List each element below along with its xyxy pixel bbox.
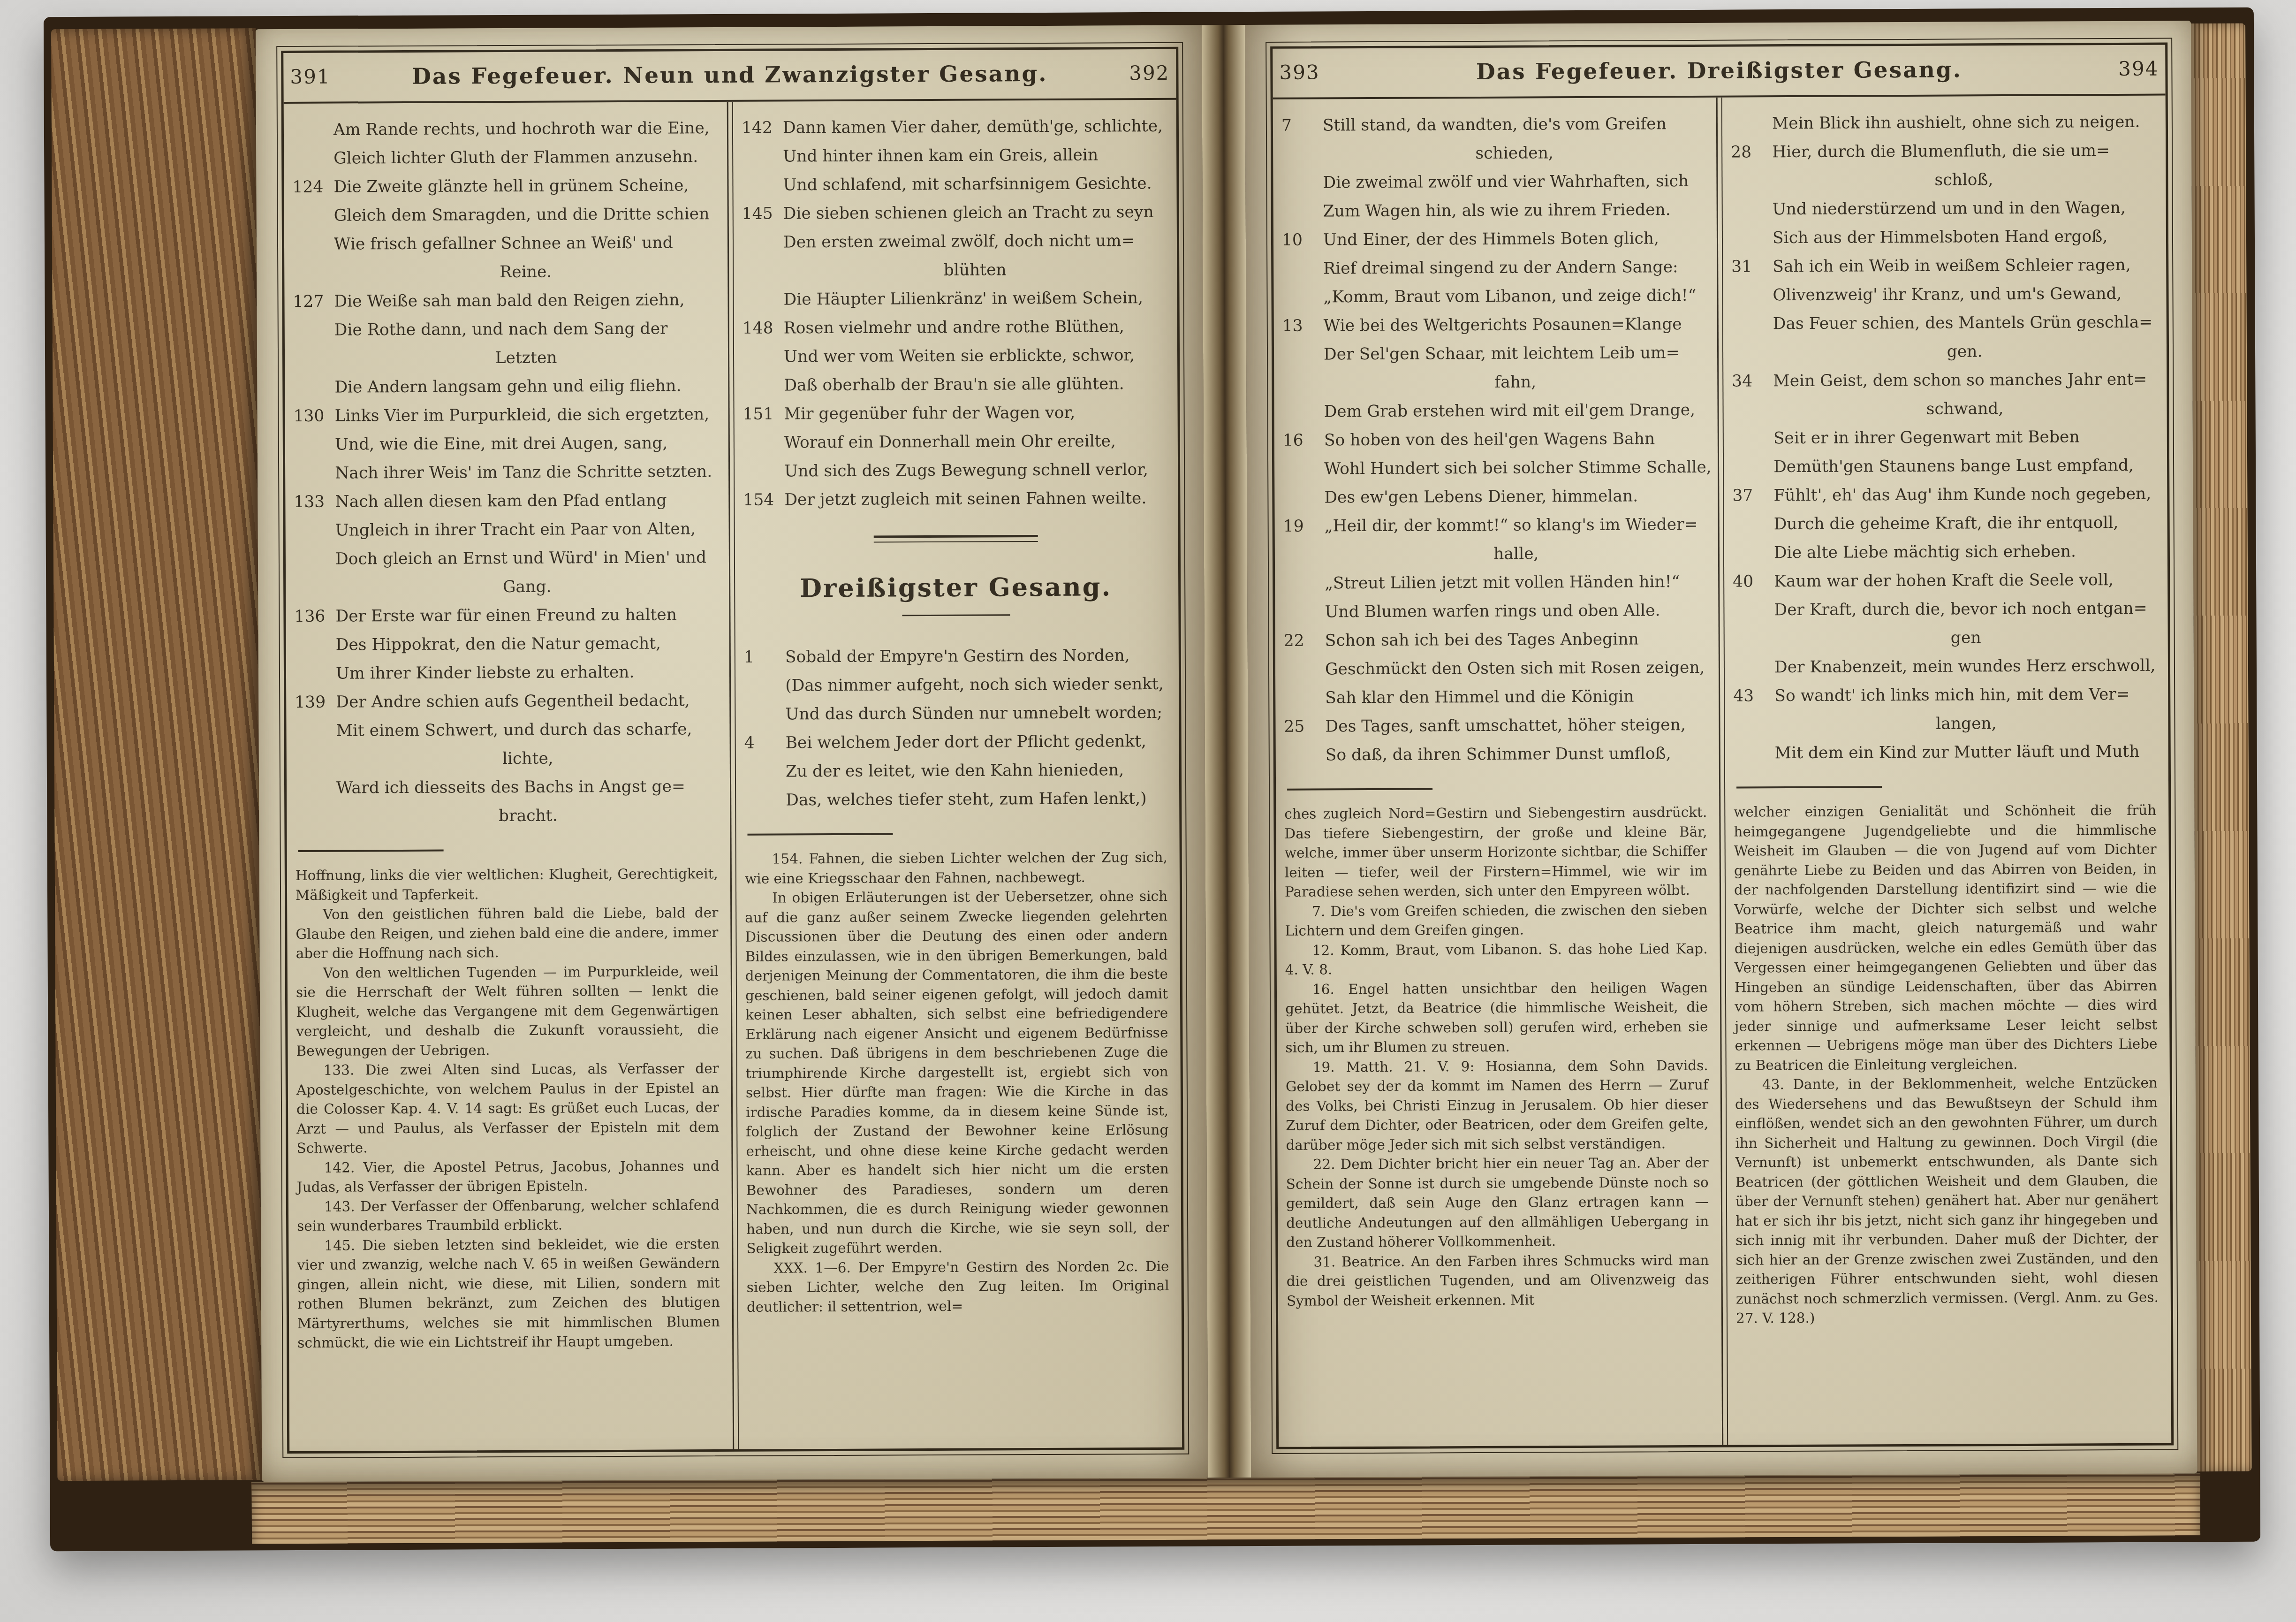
footnote-paragraph: ches zugleich Nord=Gestirn und Siebenges… — [1284, 803, 1707, 902]
book: 391 Das Fegefeuer. Neun und Zwanzigster … — [44, 8, 2260, 1552]
verse-text: Worauf ein Donnerhall mein Ohr ereilte, — [784, 427, 1167, 457]
verse-text: Mir gegenüber fuhr der Wagen vor, — [784, 398, 1167, 429]
footnote-paragraph: Von den weltlichen Tugenden — im Purpurk… — [296, 962, 719, 1061]
verse-text: halle, — [1325, 539, 1708, 570]
verse-text: Sah klar den Himmel und die Königin — [1325, 682, 1708, 713]
verse-number: 124 — [292, 173, 333, 202]
footnote-paragraph: 145. Die sieben letzten sind bekleidet, … — [297, 1234, 720, 1353]
verse-number — [293, 345, 334, 373]
verse-line: 43So wandt' ich links mich hin, mit dem … — [1733, 680, 2158, 711]
verse-number: 22 — [1284, 626, 1325, 655]
verse-text: Geschmückt den Osten sich mit Rosen zeig… — [1325, 654, 1708, 684]
verse-text: Wie frisch gefallner Schnee an Weiß' und — [334, 228, 717, 259]
verse-line: Ward ich diesseits des Bachs in Angst ge… — [295, 772, 720, 803]
verse-text: gen. — [1773, 337, 2156, 367]
verse-text: (Das nimmer aufgeht, noch sich wieder se… — [785, 670, 1168, 701]
verse-line: Des ew'gen Lebens Diener, himmelan. — [1283, 482, 1707, 512]
verse-number: 148 — [743, 314, 784, 343]
verse-text: Ungleich in ihrer Tracht ein Paar von Al… — [335, 515, 719, 545]
verse-text: Mit dem ein Kind zur Mutter läuft und Mu… — [1775, 738, 2158, 768]
verse-text: Daß oberhalb der Brau'n sie alle glühten… — [784, 370, 1167, 400]
verse-line: Sich aus der Himmelsboten Hand ergoß, — [1731, 222, 2156, 253]
verse-number — [1282, 340, 1324, 369]
verse-number: 133 — [294, 488, 335, 517]
verse-text: Demüth'gen Staunens bange Lust empfand, — [1773, 451, 2157, 482]
verse-number — [742, 142, 783, 171]
page-left-columns: Am Rande rechts, und hochroth war die Ei… — [284, 100, 1182, 1451]
verse-line: 1Sobald der Empyre'n Gestirn des Norden, — [744, 641, 1168, 672]
verse-number: 142 — [742, 114, 783, 142]
verse-number — [1282, 369, 1324, 397]
verse-text: Und schlafend, mit scharfsinnigem Gesich… — [783, 169, 1166, 200]
verse-number — [744, 786, 786, 815]
verse-number — [295, 803, 336, 831]
verse-line: Sah klar den Himmel und die Königin — [1284, 682, 1708, 713]
footnote-paragraph: 19. Matth. 21. V. 9: Hosianna, dem Sohn … — [1286, 1056, 1709, 1155]
verse-number — [295, 746, 336, 774]
verse-number: 130 — [293, 402, 334, 431]
page-right: 393 Das Fegefeuer. Dreißigster Gesang. 3… — [1245, 21, 2197, 1477]
verse-line: 4Bei welchem Jeder dort der Pflicht gede… — [744, 727, 1169, 758]
page-left-header: 391 Das Fegefeuer. Neun und Zwanzigster … — [283, 49, 1176, 102]
verse-number — [744, 700, 785, 729]
footnotes: ches zugleich Nord=Gestirn und Siebenges… — [1284, 803, 1711, 1311]
verse-text: Der jetzt zugleich mit seinen Fahnen wei… — [784, 484, 1167, 515]
verse-text: Des ew'gen Lebens Diener, himmelan. — [1324, 482, 1707, 512]
verse-line: 145Die sieben schienen gleich an Tracht … — [742, 198, 1167, 228]
verse-number — [1281, 168, 1323, 197]
verse-text: Ward ich diesseits des Bachs in Angst ge… — [336, 772, 720, 803]
verse-continuation-line: halle, — [1283, 539, 1708, 570]
verse-number — [1733, 624, 1774, 653]
verse-line: Olivenzweig' ihr Kranz, und um's Gewand, — [1731, 280, 2156, 310]
book-page-edges-right — [2191, 23, 2251, 1471]
verse-line: 148Rosen vielmehr und andre rothe Blüthe… — [743, 312, 1167, 343]
verse-line: Um ihrer Kinder liebste zu erhalten. — [295, 658, 719, 688]
verse-number: 145 — [742, 199, 783, 228]
verse-number — [1732, 396, 1773, 424]
verse-text: Das, welches tiefer steht, zum Hafen len… — [786, 784, 1169, 815]
verse-continuation-line: Reine. — [293, 257, 717, 288]
verse-text: Der Erste war für einen Freund zu halten — [335, 601, 719, 631]
verse-text: Gang. — [335, 572, 719, 602]
verse-line: Gleich dem Smaragden, und die Dritte sch… — [293, 200, 717, 230]
verse-number: 139 — [295, 688, 336, 717]
verse-number — [1731, 167, 1772, 195]
verse-text: gen — [1774, 623, 2158, 654]
verse-text: Hier, durch die Blumenfluth, die sie um= — [1772, 137, 2155, 167]
verse-line: „Streut Lilien jetzt mit vollen Händen h… — [1283, 568, 1708, 598]
verse-group: Am Rande rechts, und hochroth war die Ei… — [292, 114, 720, 831]
footnote-paragraph: 142. Vier, die Apostel Petrus, Jacobus, … — [297, 1157, 720, 1197]
verse-line: 124Die Zweite glänzte hell in grünem Sch… — [292, 171, 717, 202]
verse-line: Der Sel'gen Schaar, mit leichtem Leib um… — [1282, 339, 1707, 369]
verse-line: „Komm, Braut vom Libanon, und zeige dich… — [1282, 282, 1706, 312]
page-number-391: 391 — [290, 65, 330, 88]
page-number-393: 393 — [1279, 61, 1319, 84]
verse-line: Dem Grab erstehen wird mit eil'gem Drang… — [1282, 396, 1707, 426]
verse-number — [293, 230, 334, 259]
verse-text: Die Häupter Lilienkränz' in weißem Schei… — [783, 284, 1167, 314]
verse-number — [1282, 397, 1324, 426]
verse-line: Wie frisch gefallner Schnee an Weiß' und — [293, 228, 717, 259]
verse-text: Doch gleich an Ernst und Würd' in Mien' … — [335, 543, 719, 574]
verse-line: Gleich lichter Gluth der Flammen anzuseh… — [292, 143, 717, 173]
verse-number — [742, 228, 783, 257]
verse-number: 34 — [1732, 367, 1773, 396]
verse-number — [742, 285, 783, 314]
verse-number — [1283, 569, 1325, 598]
verse-text: Dann kamen Vier daher, demüth'ge, schlic… — [783, 112, 1166, 143]
column: Mein Blick ihn aushielt, ohne sich zu ne… — [1722, 96, 2172, 1445]
verse-text: Kaum war der hohen Kraft die Seele voll, — [1774, 566, 2157, 596]
verse-line: 31Sah ich ein Weib in weißem Schleier ra… — [1731, 251, 2156, 282]
verse-continuation-line: langen, — [1733, 709, 2158, 739]
verse-text: Sich aus der Himmelsboten Hand ergoß, — [1773, 222, 2156, 253]
verse-number — [742, 257, 783, 285]
footnote-paragraph: 133. Die zwei Alten sind Lucas, als Verf… — [296, 1059, 720, 1158]
verse-number — [1284, 684, 1325, 712]
verse-number — [1732, 453, 1773, 481]
verse-number — [1284, 655, 1325, 684]
verse-continuation-line: schieden, — [1281, 138, 1706, 169]
footnotes: Hoffnung, links die vier weltlichen: Klu… — [296, 864, 722, 1353]
verse-line: Und das durch Sünden nur umnebelt worden… — [744, 699, 1168, 729]
verse-continuation-line: lichte, — [295, 744, 720, 774]
verse-number: 43 — [1733, 682, 1774, 710]
verse-number — [294, 431, 335, 459]
verse-text: Des Tages, sanft umschattet, höher steig… — [1325, 711, 1708, 741]
verse-text: Der Andre schien aufs Gegentheil bedacht… — [336, 686, 719, 717]
verse-number: 10 — [1282, 226, 1323, 254]
verse-text: Das Feuer schien, des Mantels Grün gesch… — [1773, 308, 2156, 339]
page-right-frame: 393 Das Fegefeuer. Dreißigster Gesang. 3… — [1270, 43, 2174, 1449]
verse-continuation-line: schloß, — [1731, 165, 2155, 196]
verse-line: Daß oberhalb der Brau'n sie alle glühten… — [743, 370, 1167, 400]
verse-line: Wohl Hundert sich bei solcher Stimme Sch… — [1283, 453, 1707, 484]
verse-line: Worauf ein Donnerhall mein Ohr ereilte, — [743, 427, 1167, 457]
footnote-paragraph: Hoffnung, links die vier weltlichen: Klu… — [296, 864, 718, 905]
verse-text: Der Sel'gen Schaar, mit leichtem Leib um… — [1324, 339, 1707, 369]
verse-continuation-line: blühten — [742, 255, 1167, 286]
verse-number — [1731, 195, 1773, 224]
footnote-paragraph: 12. Komm, Braut, vom Libanon. S. das hoh… — [1285, 939, 1708, 980]
verse-number — [293, 202, 334, 230]
verse-text: Und niederstürzend um und in den Wagen, — [1773, 194, 2156, 224]
verse-line: 133Nach allen diesen kam den Pfad entlan… — [294, 486, 718, 517]
verse-line: (Das nimmer aufgeht, noch sich wieder se… — [744, 670, 1168, 701]
page-number-392: 392 — [1129, 61, 1169, 84]
footnote-paragraph: 43. Dante, in der Beklommenheit, welche … — [1735, 1074, 2159, 1328]
verse-text: Die Rothe dann, und nach dem Sang der — [334, 314, 718, 345]
verse-line: Seit er in ihrer Gegenwart mit Beben — [1732, 423, 2157, 453]
verse-text: schloß, — [1772, 165, 2155, 196]
verse-number — [1733, 596, 1774, 624]
page-left: 391 Das Fegefeuer. Neun und Zwanzigster … — [256, 25, 1208, 1482]
verse-number — [1731, 109, 1772, 138]
verse-text: schwand, — [1773, 394, 2156, 425]
verse-line: 34Mein Geist, dem schon so manches Jahr … — [1732, 366, 2156, 396]
verse-number: 31 — [1731, 252, 1773, 281]
verse-number — [1282, 197, 1323, 226]
verse-number — [294, 517, 335, 545]
verse-line: Mein Blick ihn aushielt, ohne sich zu ne… — [1731, 108, 2155, 138]
verse-text: Schon sah ich bei des Tages Anbeginn — [1325, 625, 1708, 655]
verse-line: Mit einem Schwert, und durch das scharfe… — [295, 715, 719, 746]
verse-number: 1 — [744, 643, 785, 671]
verse-number — [295, 717, 336, 746]
page-right-columns: 7Still stand, da wandten, die's vom Grei… — [1273, 96, 2172, 1447]
footnote-paragraph: 31. Beatrice. An den Farben ihres Schmuc… — [1286, 1250, 1709, 1310]
verse-text: Die Andern langsam gehn und eilig fliehn… — [334, 372, 718, 402]
footnote-paragraph: 22. Dem Dichter bricht hier ein neuer Ta… — [1286, 1153, 1709, 1252]
verse-number — [1733, 653, 1774, 682]
verse-line: Nach ihrer Weis' im Tanz die Schritte se… — [294, 457, 718, 488]
verse-text: Und das durch Sünden nur umnebelt worden… — [785, 699, 1168, 729]
verse-text: Und Blumen warfen rings und oben Alle. — [1325, 596, 1708, 627]
photo-backdrop: 391 Das Fegefeuer. Neun und Zwanzigster … — [0, 0, 2296, 1622]
page-left-frame: 391 Das Fegefeuer. Neun und Zwanzigster … — [281, 47, 1184, 1454]
verse-text: Gleich lichter Gluth der Flammen anzuseh… — [333, 143, 717, 173]
verse-number — [1733, 539, 1774, 567]
verse-number — [293, 259, 334, 288]
verse-line: 136Der Erste war für einen Freund zu hal… — [294, 601, 719, 631]
verse-number: 127 — [293, 288, 334, 316]
verse-line: Und hinter ihnen kam ein Greis, allein — [742, 141, 1166, 171]
verse-text: Die alte Liebe mächtig sich erheben. — [1774, 537, 2157, 568]
running-title-left: Das Fegefeuer. Neun und Zwanzigster Gesa… — [283, 49, 1176, 90]
verse-text: Die zweimal zwölf und vier Wahrhaften, s… — [1323, 167, 1706, 198]
verse-text: So wandt' ich links mich hin, mit dem Ve… — [1774, 680, 2158, 711]
verse-line: Und niederstürzend um und in den Wagen, — [1731, 194, 2156, 224]
verse-number — [1283, 541, 1325, 569]
footnote-paragraph: In obigen Erläuterungen ist der Ueberset… — [745, 887, 1169, 1258]
verse-line: Und schlafend, mit scharfsinnigem Gesich… — [742, 169, 1166, 200]
verse-number — [1733, 510, 1774, 539]
verse-line: 19„Heil dir, der kommt!“ so klang's im W… — [1283, 510, 1708, 541]
verse-continuation-line: Letzten — [293, 343, 718, 373]
footnote-paragraph: Von den geistlichen führen bald die Lieb… — [296, 903, 719, 963]
verse-text: Durch die geheime Kraft, die ihr entquol… — [1774, 509, 2157, 539]
footnote-paragraph: 7. Die's vom Greifen schieden, die zwisc… — [1285, 900, 1707, 941]
verse-number — [295, 660, 336, 688]
verse-continuation-line: Gang. — [294, 572, 719, 602]
verse-line: 40Kaum war der hohen Kraft die Seele vol… — [1733, 566, 2157, 596]
verse-text: Und Einer, der des Himmels Boten glich, — [1323, 224, 1706, 255]
verse-number: 40 — [1733, 567, 1774, 596]
running-title-right: Das Fegefeuer. Dreißigster Gesang. — [1273, 45, 2165, 86]
verse-number: 154 — [743, 486, 784, 514]
verse-text: „Heil dir, der kommt!“ so klang's im Wie… — [1325, 510, 1708, 541]
verse-line: 16So hoben von des heil'gen Wagens Bahn — [1283, 425, 1707, 455]
verse-group: Mein Blick ihn aushielt, ohne sich zu ne… — [1731, 108, 2158, 768]
verse-text: Rief dreimal singend zu der Andern Sange… — [1323, 253, 1706, 283]
verse-group: 1Sobald der Empyre'n Gestirn des Norden,… — [744, 641, 1169, 815]
verse-line: Am Rande rechts, und hochroth war die Ei… — [292, 114, 717, 145]
footnotes: 154. Fahnen, die sieben Lichter welchen … — [745, 848, 1171, 1317]
verse-text: „Komm, Braut vom Libanon, und zeige dich… — [1323, 282, 1706, 312]
verse-line: Geschmückt den Osten sich mit Rosen zeig… — [1284, 654, 1708, 684]
verse-text: Und wer vom Weiten sie erblickte, schwor… — [784, 341, 1167, 372]
verse-line: 127Die Weiße sah man bald den Reigen zie… — [293, 286, 717, 316]
verse-line: 22Schon sah ich bei des Tages Anbeginn — [1284, 625, 1708, 655]
verse-number — [1282, 254, 1323, 283]
verse-line: Durch die geheime Kraft, die ihr entquol… — [1733, 509, 2157, 539]
footnote-paragraph: 143. Der Verfasser der Offenbarung, welc… — [297, 1196, 720, 1236]
book-page-edges-bottom — [252, 1473, 2201, 1544]
verse-number — [294, 459, 335, 488]
verse-continuation-line: fahn, — [1282, 367, 1707, 398]
verse-number — [1734, 739, 1775, 768]
verse-number — [1283, 598, 1325, 626]
verse-line: Den ersten zweimal zwölf, doch nicht um= — [742, 227, 1167, 257]
verse-text: Sah ich ein Weib in weißem Schleier rage… — [1773, 251, 2156, 282]
verse-line: 28Hier, durch die Blumenfluth, die sie u… — [1731, 137, 2155, 167]
verse-line: Zu der es leitet, wie den Kahn hienieden… — [744, 756, 1169, 786]
verse-text: schieden, — [1323, 138, 1706, 169]
verse-text: Gleich dem Smaragden, und die Dritte sch… — [334, 200, 717, 230]
verse-text: Der Kraft, durch die, bevor ich noch ent… — [1774, 594, 2157, 625]
verse-line: So daß, da ihren Schimmer Dunst umfloß, — [1284, 739, 1709, 770]
verse-line: Und Blumen warfen rings und oben Alle. — [1283, 596, 1708, 627]
verse-text: So hoben von des heil'gen Wagens Bahn — [1324, 425, 1707, 455]
footnote-separator-rule — [1287, 788, 1432, 790]
verse-text: lichte, — [336, 744, 720, 774]
book-gutter — [1202, 25, 1251, 1477]
verse-line: 151Mir gegenüber fuhr der Wagen vor, — [743, 398, 1167, 429]
book-spread: 391 Das Fegefeuer. Neun und Zwanzigster … — [256, 21, 2197, 1482]
verse-number — [294, 545, 335, 574]
verse-number: 19 — [1283, 512, 1325, 541]
book-fore-edge-marbled — [51, 28, 262, 1481]
verse-line: Das Feuer schien, des Mantels Grün gesch… — [1732, 308, 2156, 339]
verse-text: Wohl Hundert sich bei solcher Stimme Sch… — [1324, 453, 1712, 484]
verse-number — [743, 428, 784, 457]
verse-text: fahn, — [1324, 367, 1707, 398]
verse-line: Rief dreimal singend zu der Andern Sange… — [1282, 253, 1706, 283]
footnote-separator-rule — [747, 833, 893, 835]
footnote-separator-rule — [1736, 786, 1882, 788]
verse-text: Bei welchem Jeder dort der Pflicht geden… — [786, 727, 1169, 758]
verse-text: Mit einem Schwert, und durch das scharfe… — [336, 715, 719, 746]
column: Am Rande rechts, und hochroth war die Ei… — [284, 102, 733, 1451]
verse-text: Nach ihrer Weis' im Tanz die Schritte se… — [335, 457, 718, 488]
verse-number — [743, 343, 784, 371]
verse-line: Die Häupter Lilienkränz' in weißem Schei… — [742, 284, 1167, 314]
verse-continuation-line: gen — [1733, 623, 2158, 654]
verse-line: Der Kraft, durch die, bevor ich noch ent… — [1733, 594, 2157, 625]
footnote-separator-rule — [298, 850, 444, 852]
verse-text: Olivenzweig' ihr Kranz, und um's Gewand, — [1773, 280, 2156, 310]
footnote-paragraph: 154. Fahnen, die sieben Lichter welchen … — [745, 848, 1167, 889]
verse-text: Und sich des Zugs Bewegung schnell verlo… — [784, 456, 1167, 486]
verse-number: 37 — [1732, 481, 1773, 510]
verse-line: Demüth'gen Staunens bange Lust empfand, — [1732, 451, 2157, 482]
verse-number — [744, 757, 786, 786]
verse-continuation-line: gen. — [1732, 337, 2156, 367]
column: 142Dann kamen Vier daher, demüth'ge, sch… — [733, 100, 1182, 1449]
page-right-header: 393 Das Fegefeuer. Dreißigster Gesang. 3… — [1273, 45, 2165, 98]
verse-line: 10Und Einer, der des Himmels Boten glich… — [1282, 224, 1706, 255]
verse-number — [1732, 310, 1773, 338]
verse-line: Die Rothe dann, und nach dem Sang der — [293, 314, 718, 345]
verse-text: Die Weiße sah man bald den Reigen ziehn, — [334, 286, 717, 316]
verse-line: 37Fühlt', eh' das Aug' ihm Kunde noch ge… — [1732, 480, 2157, 510]
footnote-paragraph: XXX. 1—6. Der Empyre'n Gestirn des Norde… — [746, 1256, 1169, 1317]
verse-text: Die Zweite glänzte hell in grünem Schein… — [333, 171, 717, 202]
verse-text: Nach allen diesen kam den Pfad entlang — [335, 486, 718, 517]
verse-number: 13 — [1282, 312, 1324, 340]
verse-number — [743, 457, 784, 486]
verse-text: So daß, da ihren Schimmer Dunst umfloß, — [1326, 739, 1709, 770]
verse-line: Mit dem ein Kind zur Mutter läuft und Mu… — [1734, 738, 2158, 768]
footnote-paragraph: welcher einzigen Genialität und Schönhei… — [1734, 801, 2158, 1075]
heading-rule — [902, 614, 1010, 616]
verse-text: Die sieben schienen gleich an Tracht zu … — [783, 198, 1167, 228]
canto-heading: Dreißigster Gesang. — [743, 571, 1168, 603]
verse-text: Der Knabenzeit, mein wundes Herz erschwo… — [1774, 652, 2158, 682]
verse-line: 139Der Andre schien aufs Gegentheil beda… — [295, 686, 719, 717]
verse-text: Letzten — [334, 343, 718, 373]
verse-line: Doch gleich an Ernst und Würd' in Mien' … — [294, 543, 719, 574]
verse-text: blühten — [783, 255, 1167, 286]
verse-number — [1731, 281, 1773, 310]
verse-text: Wie bei des Weltgerichts Posaunen=Klange — [1324, 310, 1707, 341]
verse-number — [293, 373, 334, 402]
verse-text: Reine. — [334, 257, 717, 288]
verse-number — [1732, 338, 1773, 367]
verse-line: Die zweimal zwölf und vier Wahrhaften, s… — [1281, 167, 1706, 198]
verse-text: Um ihrer Kinder liebste zu erhalten. — [336, 658, 719, 688]
verse-number — [743, 371, 784, 400]
column: 7Still stand, da wandten, die's vom Grei… — [1273, 98, 1722, 1447]
verse-number: 25 — [1284, 712, 1325, 741]
verse-text: Links Vier im Purpurkleid, die sich erge… — [334, 400, 718, 431]
verse-text: Rosen vielmehr und andre rothe Blüthen, — [784, 312, 1167, 343]
verse-line: 154Der jetzt zugleich mit seinen Fahnen … — [743, 484, 1167, 515]
verse-line: Und, wie die Eine, mit drei Augen, sang, — [294, 429, 718, 459]
verse-line: Die alte Liebe mächtig sich erheben. — [1733, 537, 2157, 568]
verse-line: Und wer vom Weiten sie erblickte, schwor… — [743, 341, 1167, 372]
verse-number — [292, 145, 333, 173]
verse-text: Zum Wagen hin, als wie zu ihrem Frieden. — [1323, 196, 1706, 226]
verse-line: Und sich des Zugs Bewegung schnell verlo… — [743, 456, 1167, 486]
verse-line: 13Wie bei des Weltgerichts Posaunen=Klan… — [1282, 310, 1707, 341]
verse-number — [1733, 710, 1774, 739]
section-divider-rule — [873, 535, 1038, 543]
verse-number — [1283, 483, 1324, 512]
verse-number — [293, 316, 334, 345]
verse-text: Des Hippokrat, den die Natur gemacht, — [336, 629, 719, 660]
verse-text: Dem Grab erstehen wird mit eil'gem Drang… — [1324, 396, 1707, 426]
verse-number — [294, 574, 335, 602]
verse-number: 151 — [743, 400, 784, 428]
verse-group: 7Still stand, da wandten, die's vom Grei… — [1281, 110, 1709, 770]
verse-line: 25Des Tages, sanft umschattet, höher ste… — [1284, 711, 1708, 741]
verse-line: Das, welches tiefer steht, zum Hafen len… — [744, 784, 1169, 815]
verse-text: Mein Blick ihn aushielt, ohne sich zu ne… — [1772, 108, 2155, 138]
verse-continuation-line: bracht. — [295, 801, 720, 831]
verse-text: Fühlt', eh' das Aug' ihm Kunde noch gege… — [1773, 480, 2157, 510]
verse-number — [1282, 283, 1323, 312]
verse-number: 7 — [1281, 111, 1323, 140]
verse-number: 16 — [1283, 426, 1324, 455]
verse-text: Und, wie die Eine, mit drei Augen, sang, — [335, 429, 718, 459]
verse-text: Und hinter ihnen kam ein Greis, allein — [783, 141, 1166, 171]
verse-number — [1732, 424, 1773, 453]
verse-line: Der Knabenzeit, mein wundes Herz erschwo… — [1733, 652, 2158, 682]
verse-line: 130Links Vier im Purpurkleid, die sich e… — [293, 400, 718, 431]
